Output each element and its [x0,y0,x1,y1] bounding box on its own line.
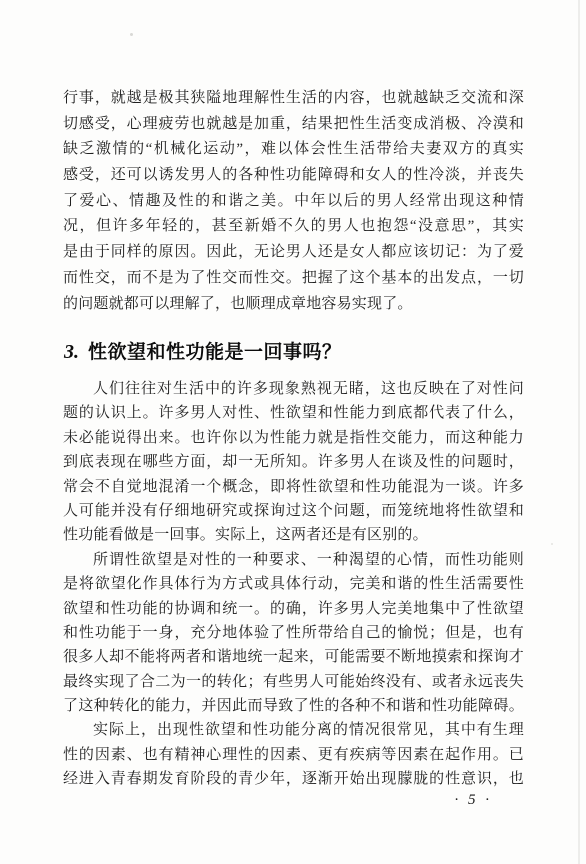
text-line: 欲望和性功能的协调和统一。的确，许多男人完美地集中了性欲望 [63,597,524,621]
text-line: 况，但许多年轻的，甚至新婚不久的男人也抱怨“没意思”，其实 [63,214,524,240]
section-title: 性欲望和性功能是一回事吗？ [88,342,342,363]
text-line: 切感受，心理疲劳也就越是加重，结果把性生活变成消极、冷漠和 [63,112,524,138]
text-line: 是将欲望化作具体行为方式或具体行动，完美和谐的性生活需要性 [63,572,524,596]
text-line: 最终实现了合二为一的转化；有些男人可能始终没有、或者永远丧失 [63,670,524,694]
scan-speck [130,33,133,36]
body-text: 人们往往对生活中的许多现象熟视无睹，这也反映在了对性问 题的认识上。许多男人对性… [63,377,524,792]
scan-speck [551,543,553,545]
page-number: · 5 · [455,792,493,809]
text-line: 题的认识上。许多男人对性、性欲望和性能力到底都代表了什么， [63,401,524,425]
paragraph: 实际上，出现性欲望和性功能分离的情况很常见，其中有生理 性的因素、也有精神心理性… [63,718,524,791]
paragraph: 人们往往对生活中的许多现象熟视无睹，这也反映在了对性问 题的认识上。许多男人对性… [63,377,524,548]
book-page: 行事，就越是极其狭隘地理解性生活的内容，也就越缺乏交流和深 切感受，心理疲劳也就… [0,0,586,864]
text-line: 和性功能于一身，充分地体验了性所带给自己的愉悦；但是，也有 [63,621,524,645]
text-line: 而性交，而不是为了性交而性交。把握了这个基本的出发点，一切 [63,266,524,292]
text-line: 到底表现在哪些方面，却一无所知。许多男人在谈及性的问题时， [63,450,524,474]
text-line: 未必能说得出来。也许你以为性能力就是指性交能力，而这种能力 [63,426,524,450]
text-line: 是由于同样的原因。因此，无论男人还是女人都应该切记：为了爱 [63,240,524,266]
text-line: 实际上，出现性欲望和性功能分离的情况很常见，其中有生理 [63,718,524,742]
scan-edge-line [578,0,580,864]
paragraph: 行事，就越是极其狭隘地理解性生活的内容，也就越缺乏交流和深 切感受，心理疲劳也就… [63,86,524,317]
text-line: 所谓性欲望是对性的一种要求、一种渴望的心情，而性功能则 [63,548,524,572]
text-line: 缺乏激情的“机械化运动”，难以体会性生活带给夫妻双方的真实 [63,137,524,163]
text-line: 感受，还可以诱发男人的各种性功能障碍和女人的性冷淡，并丧失 [63,163,524,189]
text-line: 常会不自觉地混淆一个概念，即将性欲望和性功能混为一谈。许多 [63,475,524,499]
text-line: 性的因素、也有精神心理性的因素、更有疾病等因素在起作用。已 [63,743,524,767]
text-line: 行事，就越是极其狭隘地理解性生活的内容，也就越缺乏交流和深 [63,86,524,112]
section-heading: 3.性欲望和性功能是一回事吗？ [64,337,524,364]
section-number: 3. [64,341,79,363]
text-line: 了这种转化的能力，并因此而导致了性的各种不和谐和性功能障碍。 [63,694,524,718]
text-line: 性功能看做是一回事。实际上，这两者还是有区别的。 [63,523,524,547]
text-line: 人们往往对生活中的许多现象熟视无睹，这也反映在了对性问 [63,377,524,401]
text-line: 很多人却不能将两者和谐地统一起来，可能需要不断地摸索和探询才 [63,645,524,669]
paragraph: 所谓性欲望是对性的一种要求、一种渴望的心情，而性功能则 是将欲望化作具体行为方式… [63,548,524,719]
text-line: 经进入青春期发育阶段的青少年，逐渐开始出现朦胧的性意识，也 [63,767,524,791]
text-line: 的问题就都可以理解了，也顺理成章地容易实现了。 [63,292,524,318]
text-line: 人可能并没有仔细地研究或探询过这个问题，而笼统地将性欲望和 [63,499,524,523]
text-line: 了爱心、情趣及性的和谐之美。中年以后的男人经常出现这种情 [63,189,524,215]
